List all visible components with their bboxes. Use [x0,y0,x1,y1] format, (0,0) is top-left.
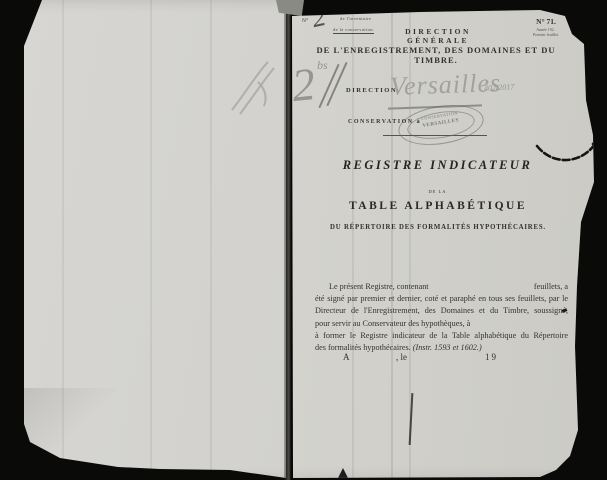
dateline-place-label: A [343,352,350,362]
inventory-number-label: N° [302,18,308,24]
form-note-line2: Premier feuillet. [520,32,572,37]
inventory-caption-line1: de l'inventaire [340,16,371,21]
body-line-1: Le présent Registre, contenant feuillets… [315,281,568,293]
scanned-register-cover: N° 2 de l'inventaire de la conservation.… [0,0,607,480]
body-line-2: été signé par premier et dernier, coté e… [315,293,568,305]
inventory-caption-line2: de la conservation. [333,27,374,34]
inventory-number-handwritten: 2 [309,1,329,34]
margin-note-handwritten: 2 [289,57,317,112]
archive-reference-handwritten: 402/2017 [484,82,515,93]
fold-shadow [18,388,118,478]
crease-line [210,0,212,480]
body-line-5: à former le Registre indicateur de la Ta… [315,330,568,342]
body-line-3: Directeur de l'Enregistrement, des Domai… [315,305,568,317]
dateline-le-label: , le [396,352,407,362]
body-line-1a: Le présent Registre, contenant [329,281,429,293]
subtitle-table: TABLE ALPHABÉTIQUE [338,200,538,212]
edge-tear [338,468,348,478]
main-title: REGISTRE INDICATEUR [325,158,550,173]
body-line-1b: feuillets, a [534,281,568,293]
body-line-6a: des formalités hypothécaires. [315,343,413,352]
letterhead-line1: DIRECTION GÉNÉRALE [372,27,504,45]
dateline-century: 19 [485,352,498,362]
subtitle-repertoire: DU RÉPERTOIRE DES FORMALITÉS HYPOTHÉCAIR… [308,224,568,231]
crease-line [352,0,354,480]
margin-note-superscript: bs [317,58,328,73]
body-line-4: pour servir au Conservateur des hypothèq… [315,318,568,330]
form-number: N° 71. [524,17,568,26]
body-line-6b: (Instr. 1593 et 1602.) [413,343,482,352]
subtitle-dela: DE LA [400,189,475,194]
body-line-6: des formalités hypothécaires. (Instr. 15… [315,342,568,354]
body-paragraph: Le présent Registre, contenant feuillets… [315,281,568,354]
letterhead-line2: DE L'ENREGISTREMENT, DES DOMAINES ET DU … [316,45,556,65]
crease-line [150,0,152,480]
pencil-ghost-mark [218,52,290,124]
